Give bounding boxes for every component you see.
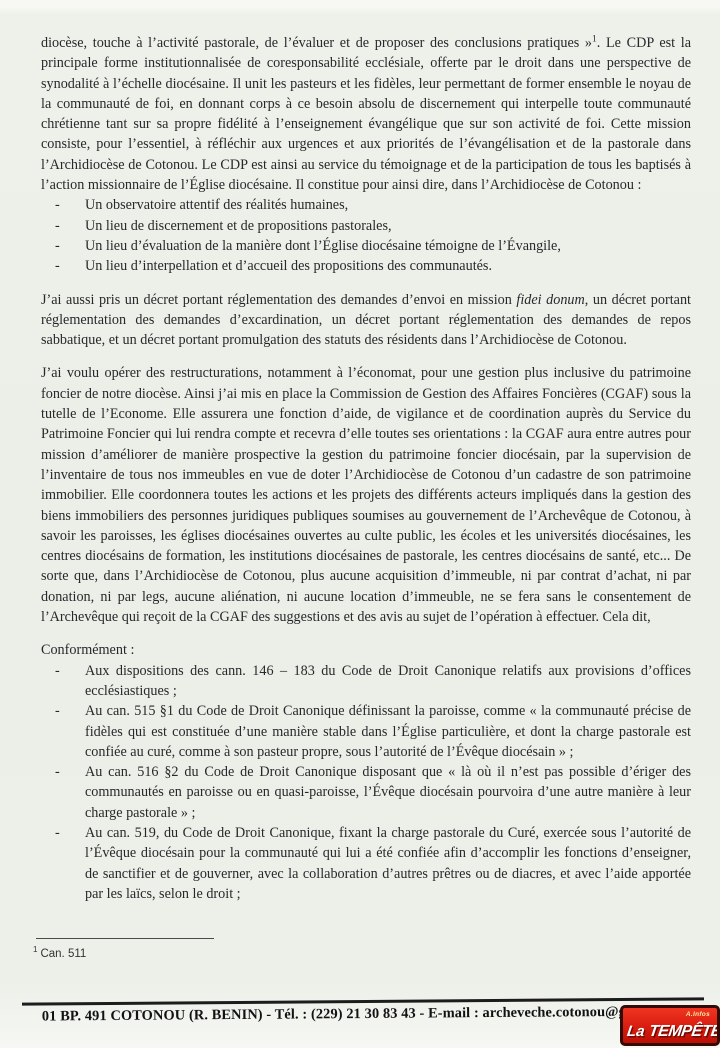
- conformement-heading: Conformément :: [41, 640, 691, 660]
- list-item-text: Un lieu de discernement et de propositio…: [85, 216, 691, 236]
- bullet-dash: -: [55, 256, 85, 276]
- paragraph-decrets: J’ai aussi pris un décret portant réglem…: [41, 290, 691, 351]
- list-item-text: Au can. 516 §2 du Code de Droit Canoniqu…: [85, 762, 691, 823]
- list-item: - Au can. 515 §1 du Code de Droit Canoni…: [41, 701, 691, 762]
- logo-word-la: La: [626, 1023, 646, 1040]
- footer-contact: 01 BP. 491 COTONOU (R. BENIN) - Tél. : (…: [40, 1003, 685, 1025]
- list-item: - Aux dispositions des cann. 146 – 183 d…: [41, 661, 691, 702]
- paragraph-restructurations: J’ai voulu opérer des restructurations, …: [41, 363, 691, 627]
- bullet-dash: -: [55, 701, 85, 721]
- footnote-marker: 1: [33, 945, 37, 954]
- list-item-text: Au can. 519, du Code de Droit Canonique,…: [85, 823, 691, 904]
- bullet-dash: -: [55, 661, 85, 681]
- footnote-text: Can. 511: [40, 948, 86, 960]
- list-item: - Un lieu de discernement et de proposit…: [41, 216, 691, 236]
- logo-wordmark: La TEMPÊTE: [626, 1023, 720, 1041]
- list-item-text: Aux dispositions des cann. 146 – 183 du …: [85, 661, 691, 702]
- scanned-document-page: diocèse, touche à l’activité pastorale, …: [0, 0, 720, 1048]
- list-item: - Un lieu d’interpellation et d’accueil …: [41, 256, 691, 276]
- bullet-dash: -: [55, 195, 85, 215]
- paragraph-decrets-text-start: J’ai aussi pris un décret portant réglem…: [41, 292, 516, 308]
- paragraph-cdp-text-start: diocèse, touche à l’activité pastorale, …: [41, 35, 592, 51]
- latin-phrase-fidei-donum: fidei donum: [516, 292, 584, 308]
- bullet-dash: -: [55, 762, 85, 782]
- list-item: - Un lieu d’évaluation de la manière don…: [41, 236, 691, 256]
- cdp-roles-list: - Un observatoire attentif des réalités …: [41, 195, 691, 276]
- bullet-dash: -: [55, 216, 85, 236]
- list-item-text: Un lieu d’interpellation et d’accueil de…: [85, 256, 691, 276]
- list-item: - Au can. 519, du Code de Droit Canoniqu…: [41, 823, 691, 904]
- bullet-dash: -: [55, 823, 85, 843]
- list-item-text: Un observatoire attentif des réalités hu…: [85, 195, 691, 215]
- list-item-text: Un lieu d’évaluation de la manière dont …: [85, 236, 691, 256]
- logo-word-tempete: TEMPÊTE: [648, 1023, 720, 1040]
- bullet-dash: -: [55, 236, 85, 256]
- list-item: - Au can. 516 §2 du Code de Droit Canoni…: [41, 762, 691, 823]
- paragraph-cdp-text-end: . Le CDP est la principale forme institu…: [41, 35, 691, 193]
- footnote-divider: [36, 938, 214, 939]
- la-tempete-logo: A.Infos La TEMPÊTE: [620, 1005, 720, 1046]
- conformement-list: - Aux dispositions des cann. 146 – 183 d…: [41, 661, 691, 905]
- list-item-text: Au can. 515 §1 du Code de Droit Canoniqu…: [85, 701, 691, 762]
- list-item: - Un observatoire attentif des réalités …: [41, 195, 691, 215]
- footnote-1: 1Can. 511: [33, 945, 86, 960]
- paragraph-cdp: diocèse, touche à l’activité pastorale, …: [41, 33, 691, 195]
- document-body: diocèse, touche à l’activité pastorale, …: [41, 33, 691, 904]
- logo-tagline: A.Infos: [686, 1011, 710, 1018]
